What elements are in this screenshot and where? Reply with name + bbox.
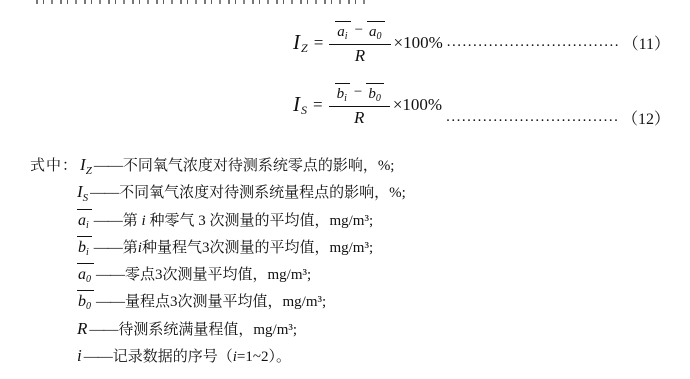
- mean-variable: a0: [367, 21, 385, 41]
- term-bi-mean: bi: [77, 236, 92, 257]
- em-dash: ——: [96, 267, 124, 284]
- fraction-denominator: R: [354, 107, 364, 128]
- term-a0-mean: a0: [77, 263, 94, 284]
- term-IZ: IZ: [80, 155, 92, 175]
- symbol-definitions: 式中： IZ —— 不同氧气浓度对待测系统零点的影响，%; IS —— 不同氧气…: [30, 154, 406, 372]
- fraction-numerator: ai − a0: [329, 20, 390, 45]
- definition-row-ai: ai —— 第 i 种零气 3 次测量的平均值，mg/m³;: [30, 209, 406, 236]
- em-dash: ——: [84, 349, 112, 366]
- term-i: i: [77, 346, 82, 366]
- equation-lhs: I: [293, 92, 300, 117]
- dot-leader: ........................................…: [446, 109, 618, 126]
- definition-row-b0: b0 —— 量程点3次测量平均值，mg/m³;: [30, 290, 406, 317]
- equation-lhs: I: [293, 30, 300, 55]
- equation-11-expression: IZ = ai − a0 R ×100%: [293, 20, 443, 66]
- fraction: bi − b0 R: [329, 82, 390, 128]
- definition-text: 记录数据的序号（i=1~2）。: [113, 345, 291, 366]
- dot-leader: ........................................…: [447, 34, 619, 51]
- em-dash: ——: [89, 322, 117, 339]
- em-dash: ——: [94, 213, 122, 230]
- equation-12: IS = bi − b0 R ×100% ...................…: [293, 82, 670, 128]
- fraction: ai − a0 R: [329, 20, 390, 66]
- equation-11: IZ = ai − a0 R ×100% ...................…: [293, 20, 670, 66]
- em-dash: ——: [90, 185, 118, 202]
- definition-row-bi: bi —— 第i种量程气3次测量的平均值，mg/m³;: [30, 236, 406, 263]
- em-dash: ——: [94, 158, 122, 175]
- definition-row-IZ: 式中： IZ —— 不同氧气浓度对待测系统零点的影响，%;: [30, 154, 406, 181]
- definition-row-i: i —— 记录数据的序号（i=1~2）。: [30, 345, 406, 372]
- fraction-denominator: R: [355, 45, 365, 66]
- equation-lhs-subscript: Z: [301, 41, 308, 56]
- minus-sign: −: [355, 22, 363, 39]
- definition-text: 第 i 种零气 3 次测量的平均值，mg/m³;: [123, 209, 373, 230]
- definition-text: 不同氧气浓度对待测系统量程点的影响，%;: [119, 181, 406, 202]
- fraction-numerator: bi − b0: [329, 82, 390, 107]
- mean-variable: ai: [335, 21, 350, 41]
- definition-text: 零点3次测量平均值，mg/m³;: [125, 263, 311, 284]
- term-b0-mean: b0: [77, 290, 94, 311]
- where-label: 式中：: [30, 154, 78, 175]
- em-dash: ——: [96, 294, 124, 311]
- minus-sign: −: [354, 84, 362, 101]
- definition-text: 不同氧气浓度对待测系统零点的影响，%;: [123, 154, 395, 175]
- equals-sign: =: [314, 33, 324, 53]
- em-dash: ——: [94, 240, 122, 257]
- term-IS: IS: [77, 182, 88, 202]
- equals-sign: =: [313, 95, 323, 115]
- definition-row-R: R —— 待测系统满量程值，mg/m³;: [30, 318, 406, 345]
- definition-text: 量程点3次测量平均值，mg/m³;: [125, 290, 326, 311]
- definition-text: 第i种量程气3次测量的平均值，mg/m³;: [123, 236, 373, 257]
- definition-row-IS: IS —— 不同氧气浓度对待测系统量程点的影响，%;: [30, 181, 406, 208]
- definition-text: 待测系统满量程值，mg/m³;: [118, 318, 297, 339]
- times-100-percent: ×100%: [393, 95, 442, 115]
- mean-variable: bi: [335, 83, 350, 103]
- clipped-text-remnant: [36, 0, 370, 4]
- definition-row-a0: a0 —— 零点3次测量平均值，mg/m³;: [30, 263, 406, 290]
- equation-number: （11）: [623, 31, 670, 54]
- mean-variable: b0: [366, 83, 384, 103]
- term-ai-mean: ai: [77, 209, 92, 230]
- equation-lhs-subscript: S: [301, 103, 307, 118]
- equation-12-expression: IS = bi − b0 R ×100%: [293, 82, 442, 128]
- equation-number: （12）: [622, 106, 670, 129]
- term-R: R: [77, 319, 87, 339]
- times-100-percent: ×100%: [394, 33, 443, 53]
